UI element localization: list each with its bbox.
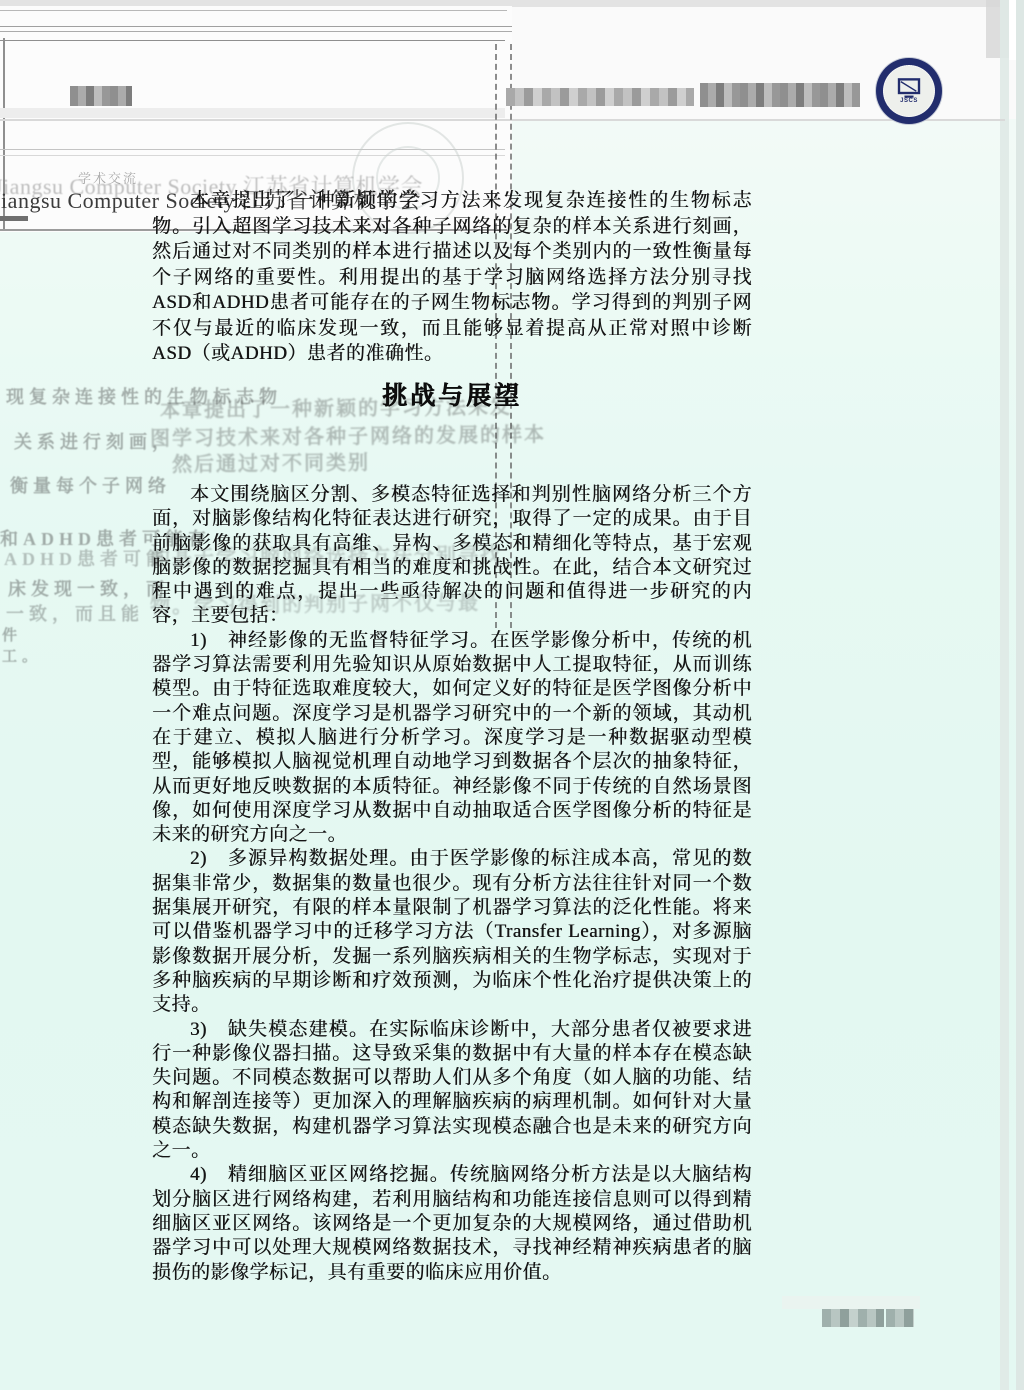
page-border-line bbox=[0, 26, 512, 27]
scanned-document-page: JSCS Jiangsu Computer Society 江苏省计算机学会 学… bbox=[0, 0, 1024, 1390]
page-border-line bbox=[0, 40, 505, 41]
page-edge-band bbox=[0, 108, 505, 118]
redacted-header-text bbox=[506, 88, 694, 106]
body-text: 本文围绕脑区分割、多模态特征选择和判别性脑网络分析三个方面，对脑影像结构化特征表… bbox=[152, 483, 752, 1285]
intro-paragraph: 本文围绕脑区分割、多模态特征选择和判别性脑网络分析三个方面，对脑影像结构化特征表… bbox=[152, 483, 752, 629]
scan-right-gap bbox=[1009, 0, 1016, 60]
ghost-fragment: 一致，而且能 bbox=[6, 600, 144, 626]
list-item-2: 2) 多源异构数据处理。由于医学影像的标注成本高，常见的数据集非常少，数据集的数… bbox=[152, 847, 752, 1017]
redacted-header-text bbox=[700, 83, 860, 107]
jscs-logo: JSCS bbox=[876, 58, 942, 124]
scan-right-edge-strip bbox=[1016, 0, 1024, 1390]
page-edge-mark bbox=[0, 216, 28, 221]
jscs-logo-inner-ring: JSCS bbox=[883, 65, 935, 117]
list-item-4: 4) 精细脑区亚区网络挖掘。传统脑网络分析方法是以大脑结构划分脑区进行网络构建，… bbox=[152, 1163, 752, 1284]
ghost-fragment: 床发现一致，而 bbox=[8, 575, 169, 601]
scan-right-strip bbox=[1000, 0, 1009, 1390]
footer-band bbox=[782, 1296, 920, 1309]
ghost-fragment: 件 bbox=[2, 624, 22, 645]
redacted-footer-text bbox=[822, 1309, 884, 1327]
ghost-fragment: ADHD患者可能 bbox=[4, 545, 169, 571]
computer-monitor-icon bbox=[896, 78, 922, 98]
ghost-fragment: 工。 bbox=[2, 645, 42, 666]
header-underline bbox=[0, 119, 1005, 121]
ghost-fragment: 然后通过对不同类别 bbox=[172, 446, 370, 477]
page-border-line bbox=[0, 10, 507, 11]
list-item-1: 1) 神经影像的无监督特征学习。在医学影像分析中，传统的机器学习算法需要利用先验… bbox=[152, 629, 752, 848]
abstract-paragraph: 本章提出了一种新颖的学习方法来发现复杂连接性的生物标志物。引入超图学习技术来对各… bbox=[152, 188, 752, 367]
redacted-block bbox=[70, 86, 132, 106]
page-border-line bbox=[0, 31, 512, 32]
section-title: 挑战与展望 bbox=[152, 376, 752, 412]
list-item-3: 3) 缺失模态建模。在实际临床诊断中，大部分患者仅被要求进行一种影像仪器扫描。这… bbox=[152, 1018, 752, 1164]
jscs-logo-abbr: JSCS bbox=[900, 98, 918, 104]
ghost-fragment: 衡量每个子网络 bbox=[10, 472, 171, 498]
redacted-footer-text bbox=[886, 1309, 914, 1327]
